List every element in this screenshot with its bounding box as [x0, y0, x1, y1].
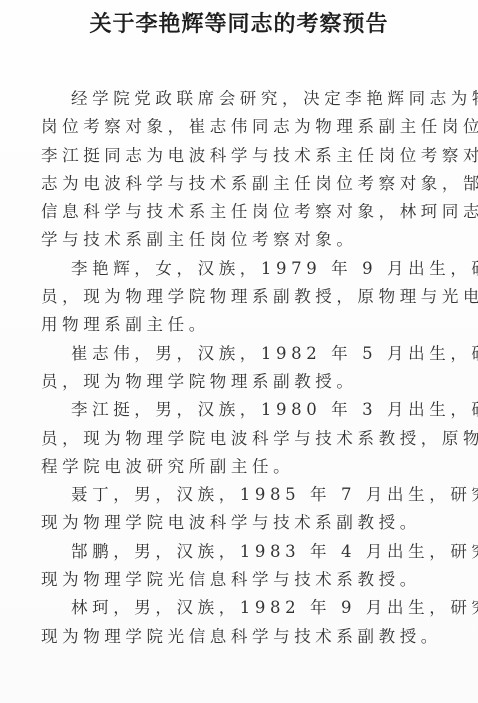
- paragraph-li-jiangting: 李江挺，男，汉族，1980 年 3 月出生，研究生，中共党 员，现为物理学院电波…: [41, 396, 441, 481]
- text-line: 信息科学与技术系主任岗位考察对象，林珂同志为光信息科: [41, 198, 441, 226]
- text-line: 李江挺，男，汉族，1980 年 3 月出生，研究生，中共党: [41, 396, 441, 424]
- text-line: 志为电波科学与技术系副主任岗位考察对象，郜鹏同志为光: [41, 170, 441, 198]
- text-line: 学与技术系副主任岗位考察对象。: [41, 226, 441, 254]
- text-line: 员，现为物理学院电波科学与技术系教授，原物理与光电工: [41, 425, 441, 453]
- document-title: 关于李艳辉等同志的考察预告: [0, 10, 478, 40]
- text-line: 员，现为物理学院物理系副教授，原物理与光电工程学院应: [41, 283, 441, 311]
- paragraph-li-yanhui: 李艳辉，女，汉族，1979 年 9 月出生，研究生，中共党 员，现为物理学院物理…: [41, 255, 441, 340]
- text-line: 聂丁，男，汉族，1985 年 7 月出生，研究生，中共党员，: [41, 481, 441, 509]
- document-page: 关于李艳辉等同志的考察预告 经学院党政联席会研究，决定李艳辉同志为物理系主任 岗…: [0, 0, 478, 703]
- text-line: 林珂，男，汉族，1982 年 9 月出生，研究生，中共党员，: [41, 594, 441, 622]
- paragraph-gao-peng: 郜鹏，男，汉族，1983 年 4 月出生，研究生，中共党员， 现为物理学院光信息…: [41, 538, 441, 595]
- text-line: 程学院电波研究所副主任。: [41, 453, 441, 481]
- paragraph-intro: 经学院党政联席会研究，决定李艳辉同志为物理系主任 岗位考察对象，崔志伟同志为物理…: [41, 85, 441, 255]
- text-line: 李艳辉，女，汉族，1979 年 9 月出生，研究生，中共党: [41, 255, 441, 283]
- paragraph-nie-ding: 聂丁，男，汉族，1985 年 7 月出生，研究生，中共党员， 现为物理学院电波科…: [41, 481, 441, 538]
- text-line: 郜鹏，男，汉族，1983 年 4 月出生，研究生，中共党员，: [41, 538, 441, 566]
- paragraph-lin-ke: 林珂，男，汉族，1982 年 9 月出生，研究生，中共党员， 现为物理学院光信息…: [41, 594, 441, 651]
- text-line: 现为物理学院电波科学与技术系副教授。: [41, 509, 441, 537]
- document-body: 经学院党政联席会研究，决定李艳辉同志为物理系主任 岗位考察对象，崔志伟同志为物理…: [41, 85, 441, 651]
- text-line: 岗位考察对象，崔志伟同志为物理系副主任岗位考察对象，: [41, 113, 441, 141]
- text-line: 现为物理学院光信息科学与技术系教授。: [41, 566, 441, 594]
- text-line: 李江挺同志为电波科学与技术系主任岗位考察对象，聂丁同: [41, 142, 441, 170]
- text-line: 崔志伟，男，汉族，1982 年 5 月出生，研究生，中共党: [41, 340, 441, 368]
- text-line: 员，现为物理学院物理系副教授。: [41, 368, 441, 396]
- text-line: 现为物理学院光信息科学与技术系副教授。: [41, 623, 441, 651]
- text-line: 经学院党政联席会研究，决定李艳辉同志为物理系主任: [41, 85, 441, 113]
- paragraph-cui-zhiwei: 崔志伟，男，汉族，1982 年 5 月出生，研究生，中共党 员，现为物理学院物理…: [41, 340, 441, 397]
- text-line: 用物理系副主任。: [41, 311, 441, 339]
